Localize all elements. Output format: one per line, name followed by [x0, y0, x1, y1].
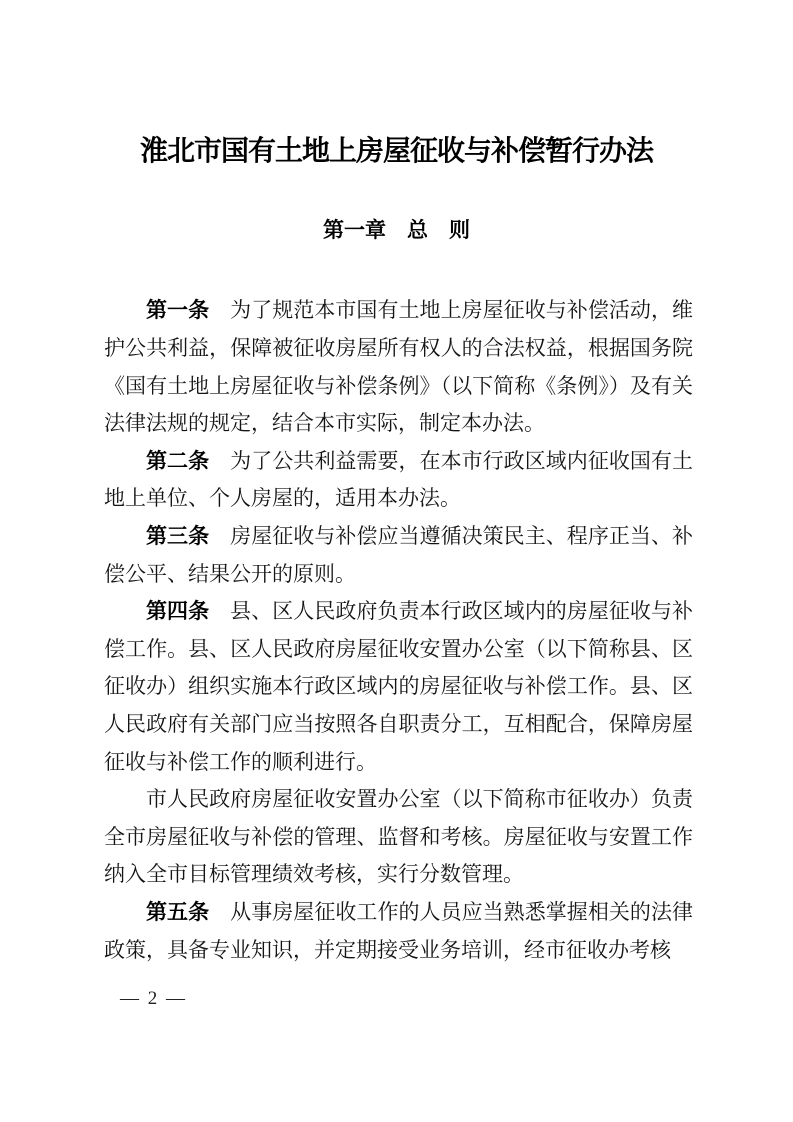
paragraph: 第三条 房屋征收与补偿应当遵循决策民主、程序正当、补偿公平、结果公开的原则。: [104, 518, 693, 593]
article-label: 第三条: [146, 524, 209, 548]
paragraph: 市人民政府房屋征收安置办公室（以下简称市征收办）负责全市房屋征收与补偿的管理、监…: [104, 781, 693, 894]
chapter-heading: 第一章 总 则: [0, 219, 793, 242]
article-label: 第一条: [146, 298, 209, 322]
document-body: 第一条 为了规范本市国有土地上房屋征收与补偿活动，维护公共利益，保障被征收房屋所…: [0, 292, 793, 969]
article-label: 第五条: [146, 900, 209, 924]
paragraph: 第五条 从事房屋征收工作的人员应当熟悉掌握相关的法律政策，具备专业知识，并定期接…: [104, 894, 693, 969]
page-number: — 2 —: [120, 988, 187, 1010]
article-label: 第四条: [146, 599, 209, 623]
article-label: 第二条: [146, 449, 209, 473]
document-title: 淮北市国有土地上房屋征收与补偿暂行办法: [0, 0, 793, 165]
document-page: 淮北市国有土地上房屋征收与补偿暂行办法 第一章 总 则 第一条 为了规范本市国有…: [0, 0, 793, 1122]
paragraph: 第二条 为了公共利益需要，在本市行政区域内征收国有土地上单位、个人房屋的，适用本…: [104, 443, 693, 518]
paragraph: 第一条 为了规范本市国有土地上房屋征收与补偿活动，维护公共利益，保障被征收房屋所…: [104, 292, 693, 442]
paragraph: 第四条 县、区人民政府负责本行政区域内的房屋征收与补偿工作。县、区人民政府房屋征…: [104, 593, 693, 781]
